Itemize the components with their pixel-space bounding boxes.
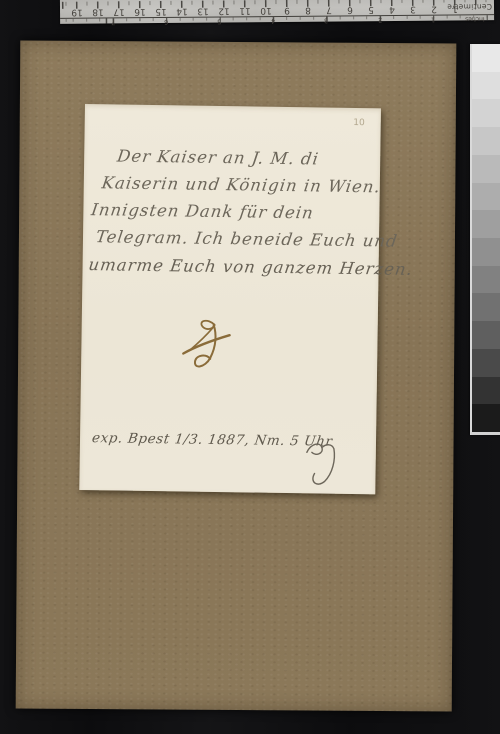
- handwriting-line: Kaiserin und Königin in Wien.: [101, 173, 383, 196]
- grayscale-step: [472, 238, 500, 266]
- ruler-cm-number: 5: [365, 4, 377, 14]
- ruler-cm-number: 6: [344, 4, 356, 14]
- grayscale-step: [472, 404, 500, 432]
- measurement-ruler: 12345678910111213141516171819 Centimetre…: [60, 0, 494, 24]
- grayscale-step: [472, 377, 500, 405]
- ruler-inch-number: 4: [268, 16, 278, 23]
- ruler-cm-number: 12: [218, 5, 230, 15]
- ruler-cm-number: 17: [113, 6, 125, 16]
- ruler-centimetre-label: Centimetre: [447, 2, 492, 11]
- ruler-cm-number: 18: [92, 7, 104, 17]
- handwriting-line: umarme Euch von ganzem Herzen.: [87, 255, 414, 279]
- grayscale-step: [472, 99, 500, 127]
- page-number: 10: [353, 118, 365, 128]
- ruler-inch-number: 1: [428, 15, 438, 22]
- grayscale-calibration-strip: [470, 44, 500, 435]
- letter-page: 10 Der Kaiser an J. M. di Kaiserin und K…: [79, 104, 381, 494]
- grayscale-step: [472, 349, 500, 377]
- grayscale-step: [472, 210, 500, 238]
- ruler-inch-number: 3: [321, 16, 331, 23]
- docket-line: exp. Bpest 1/3. 1887, Nm. 5 Uhr: [91, 430, 334, 450]
- ruler-cm-number: 14: [176, 6, 188, 16]
- grayscale-step: [472, 321, 500, 349]
- grayscale-step: [472, 266, 500, 294]
- signature-monogram-icon: [179, 315, 234, 378]
- grayscale-step: [472, 155, 500, 183]
- grayscale-step: [472, 127, 500, 155]
- grayscale-step: [472, 72, 500, 100]
- ruler-cm-number: 8: [302, 5, 314, 15]
- ruler-cm-number: 3: [407, 4, 419, 14]
- ruler-inch-number: 6: [161, 17, 171, 24]
- ruler-inch-number: 7: [108, 18, 118, 25]
- ruler-inch-number: 2: [375, 16, 385, 23]
- archival-photograph: 12345678910111213141516171819 Centimetre…: [0, 0, 500, 734]
- handwriting-line: Telegram. Ich beneide Euch und: [95, 227, 399, 250]
- ruler-cm-number: 16: [134, 6, 146, 16]
- ruler-cm-number: 19: [71, 7, 83, 17]
- ruler-cm-number: 2: [428, 4, 440, 14]
- ruler-cm-number: 4: [386, 4, 398, 14]
- ruler-cm-number: 13: [197, 6, 209, 16]
- ruler-cm-number: 9: [281, 5, 293, 15]
- handwriting-line: Der Kaiser an J. M. di: [116, 147, 320, 169]
- ruler-cm-number: 11: [239, 5, 251, 15]
- ruler-inches-label: Inches: [465, 15, 485, 22]
- grayscale-step: [472, 44, 500, 72]
- ruler-cm-number: 15: [155, 6, 167, 16]
- grayscale-step: [472, 183, 500, 211]
- handwriting-line: Innigsten Dank für dein: [90, 200, 315, 222]
- ruler-cm-number: 7: [323, 4, 335, 14]
- ruler-cm-number: 10: [260, 5, 272, 15]
- ruler-inch-number: 5: [214, 17, 224, 24]
- docket-paraph-icon: [301, 437, 340, 492]
- grayscale-step: [472, 293, 500, 321]
